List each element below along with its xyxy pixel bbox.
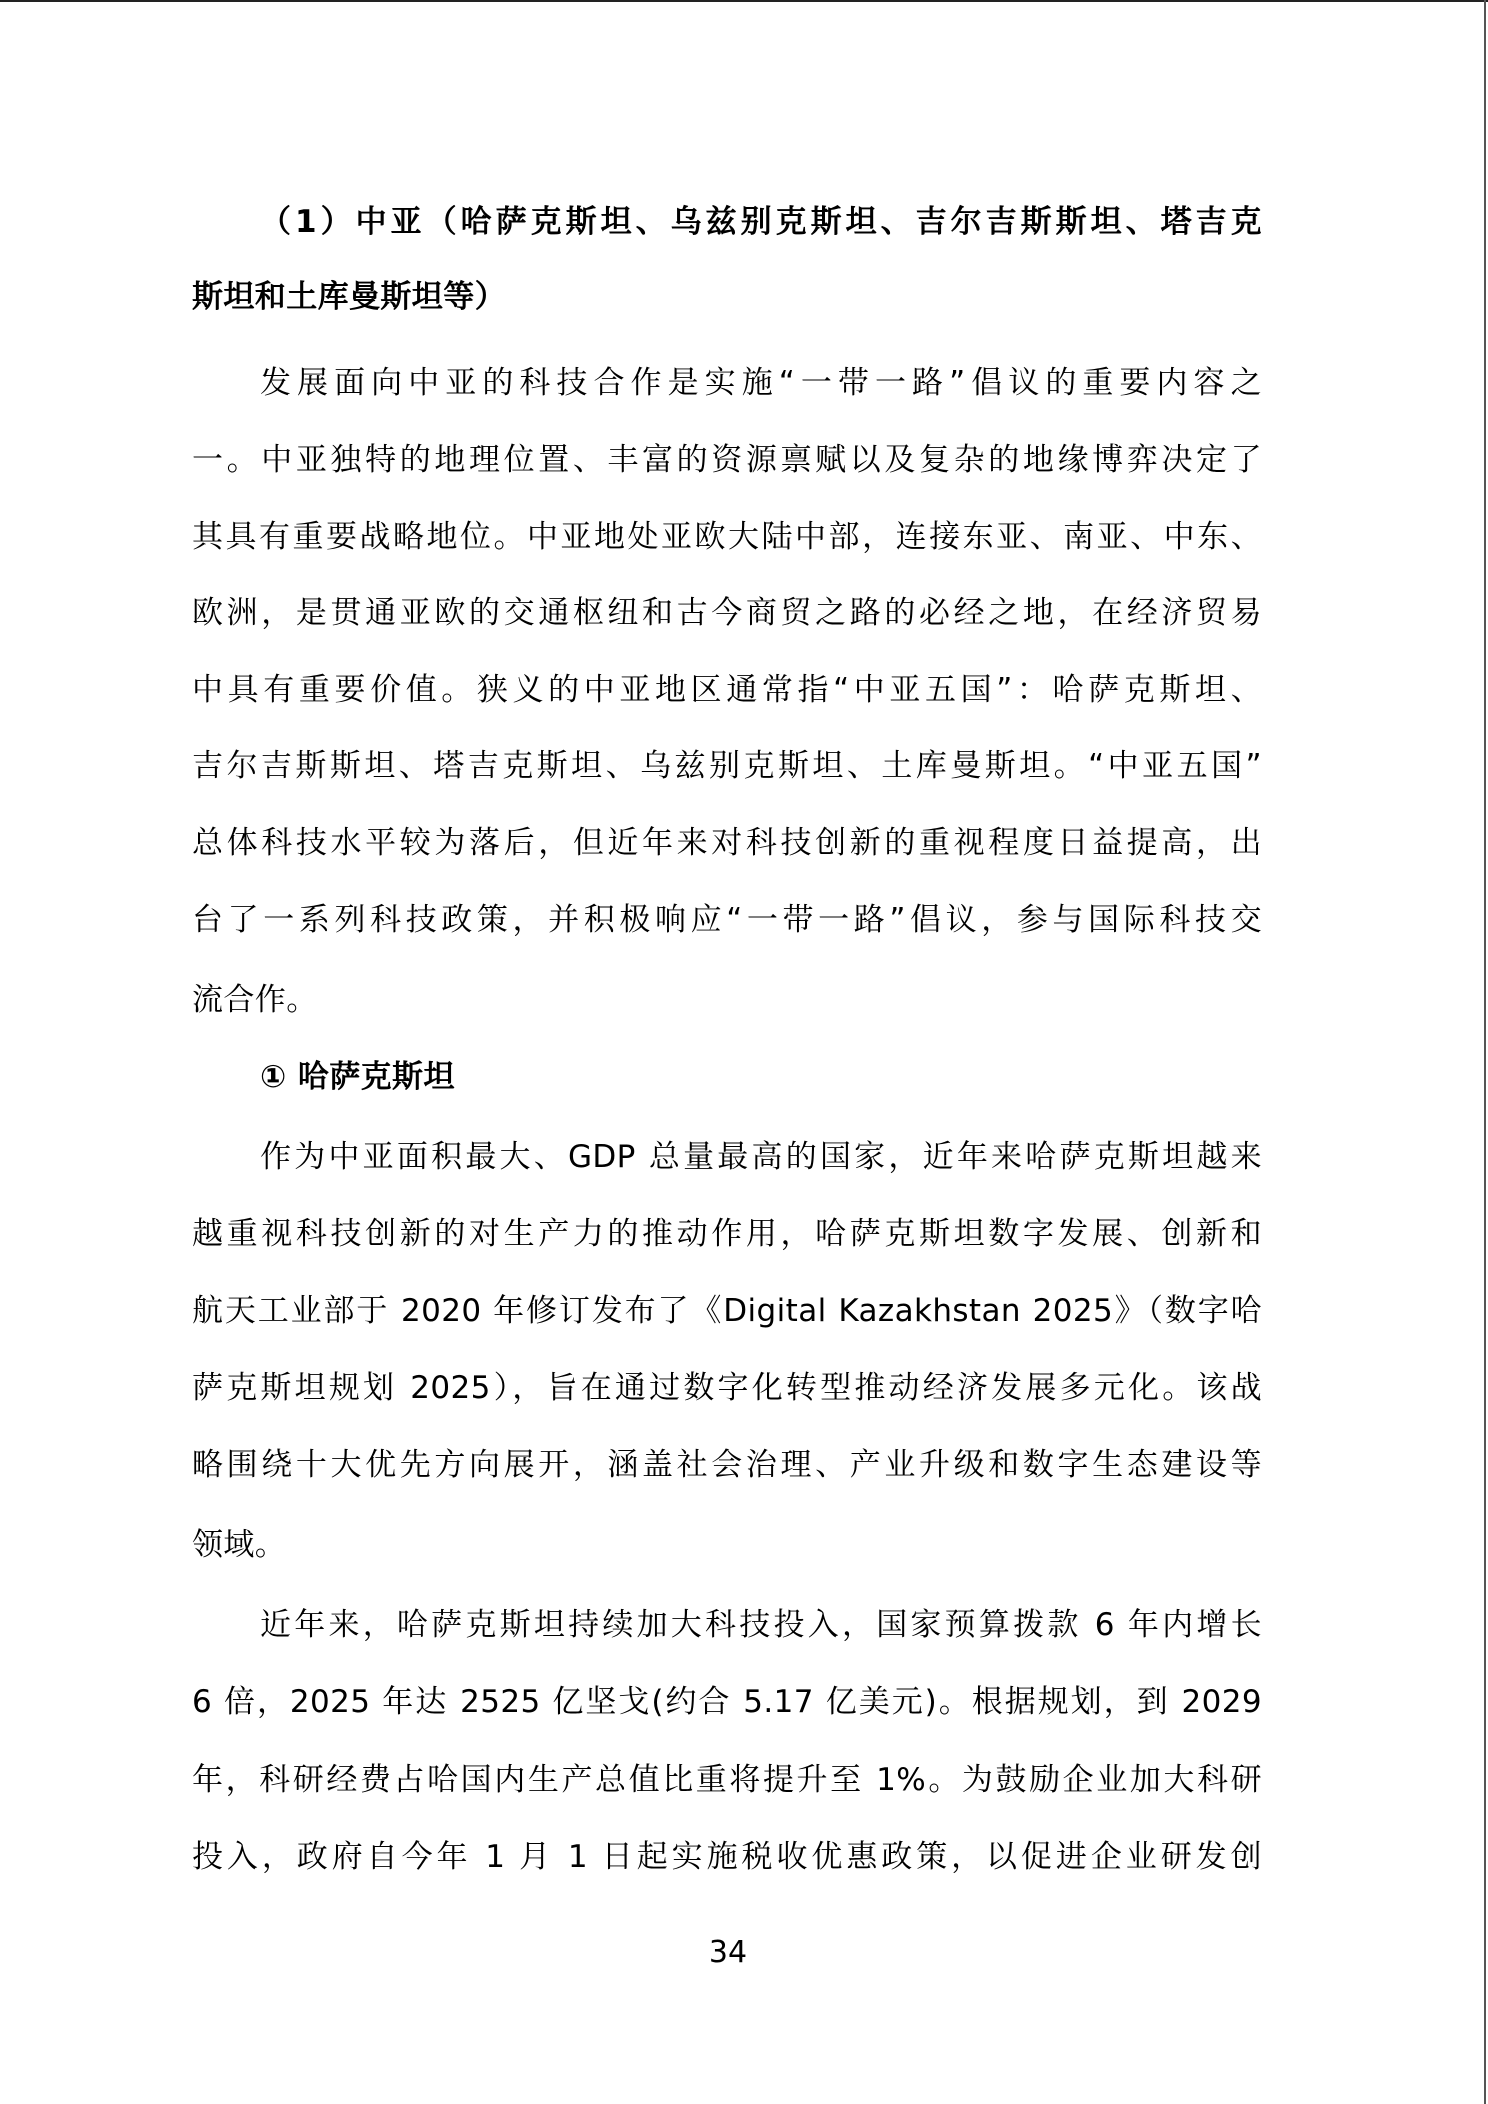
paragraph-line: 中具有重要价值。狭义的中亚地区通常指“中亚五国”：哈萨克斯坦、 [192,668,1262,712]
paragraph-line: 越重视科技创新的对生产力的推动作用，哈萨克斯坦数字发展、创新和 [192,1212,1262,1256]
paragraph-line: 投入，政府自今年 1 月 1 日起实施税收优惠政策，以促进企业研发创 [192,1835,1262,1879]
paragraph-line: 作为中亚面积最大、GDP 总量最高的国家，近年来哈萨克斯坦越来 [260,1135,1262,1179]
paragraph-line: 一。中亚独特的地理位置、丰富的资源禀赋以及复杂的地缘博弈决定了 [192,438,1262,482]
paragraph-line: 欧洲，是贯通亚欧的交通枢纽和古今商贸之路的必经之地，在经济贸易 [192,591,1262,635]
paragraph-line: 发展面向中亚的科技合作是实施“一带一路”倡议的重要内容之 [260,361,1262,405]
paragraph-line: 近年来，哈萨克斯坦持续加大科技投入，国家预算拨款 6 年内增长 [260,1603,1262,1647]
paragraph-line: 其具有重要战略地位。中亚地处亚欧大陆中部，连接东亚、南亚、中东、 [192,515,1262,559]
paragraph-line: 6 倍，2025 年达 2525 亿坚戈(约合 5.17 亿美元)。根据规划，到… [192,1680,1262,1724]
document-page: （1）中亚（哈萨克斯坦、乌兹别克斯坦、吉尔吉斯斯坦、塔吉克 斯坦和土库曼斯坦等）… [0,0,1488,2104]
paragraph-line: 领域。 [192,1523,1262,1567]
section-heading-line: （1）中亚（哈萨克斯坦、乌兹别克斯坦、吉尔吉斯斯坦、塔吉克 [260,200,1262,244]
section-heading-line: 斯坦和土库曼斯坦等） [192,275,1262,319]
paragraph-line: 总体科技水平较为落后，但近年来对科技创新的重视程度日益提高，出 [192,821,1262,865]
paragraph-line: 年，科研经费占哈国内生产总值比重将提升至 1%。为鼓励企业加大科研 [192,1758,1262,1802]
page-number: 34 [0,1933,1456,1973]
paragraph-line: 吉尔吉斯斯坦、塔吉克斯坦、乌兹别克斯坦、土库曼斯坦。“中亚五国” [192,744,1262,788]
paragraph-line: 航天工业部于 2020 年修订发布了《Digital Kazakhstan 20… [192,1289,1262,1333]
subsection-heading: ① 哈萨克斯坦 [260,1055,1262,1099]
paragraph-line: 萨克斯坦规划 2025），旨在通过数字化转型推动经济发展多元化。该战 [192,1366,1262,1410]
paragraph-line: 略围绕十大优先方向展开，涵盖社会治理、产业升级和数字生态建设等 [192,1443,1262,1487]
paragraph-line: 台了一系列科技政策，并积极响应“一带一路”倡议，参与国际科技交 [192,898,1262,942]
paragraph-line: 流合作。 [192,978,1262,1022]
